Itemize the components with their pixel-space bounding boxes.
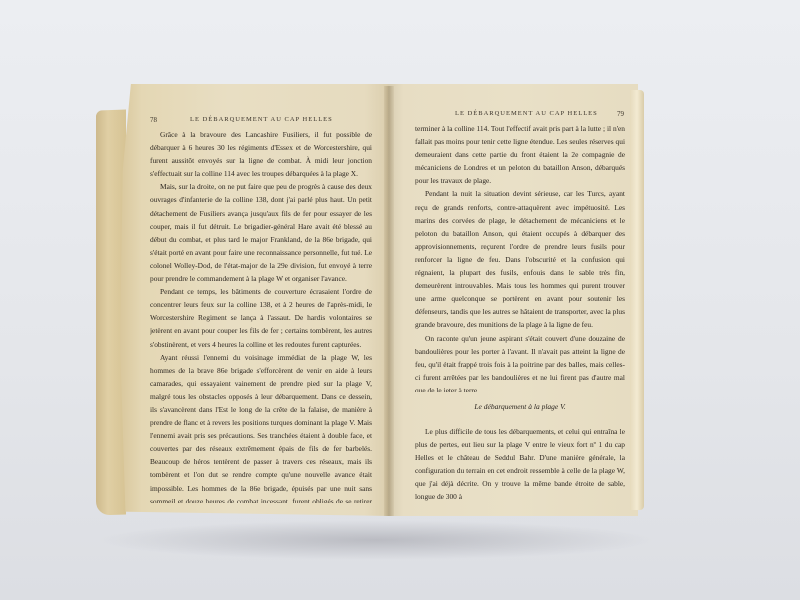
left-page-text: Grâce à la bravoure des Lancashire Fusil… [150, 128, 372, 503]
left-running-head: LE DÉBARQUEMENT AU CAP HELLES [190, 116, 333, 123]
right-page-number: 79 [617, 110, 624, 118]
left-paragraph: Mais, sur la droite, on ne put faire que… [150, 180, 372, 285]
right-page-text: terminer à la colline 114. Tout l'effect… [415, 122, 625, 392]
right-page-block-edge [630, 90, 644, 510]
right-paragraph: On raconte qu'un jeune aspirant s'était … [415, 332, 625, 393]
right-paragraph: terminer à la colline 114. Tout l'effect… [415, 122, 625, 187]
right-running-head: LE DÉBARQUEMENT AU CAP HELLES [455, 110, 598, 117]
left-page-number: 78 [150, 116, 157, 124]
right-paragraph: Pendant la nuit la situation devint séri… [415, 187, 625, 331]
left-paragraph: Pendant ce temps, les bâtiments de couve… [150, 285, 372, 350]
book-gutter [384, 86, 394, 516]
left-paragraph: Ayant réussi l'ennemi du voisinage imméd… [150, 351, 372, 503]
left-paragraph: Grâce à la bravoure des Lancashire Fusil… [150, 128, 372, 180]
right-paragraph: Le plus difficile de tous les débarqueme… [415, 425, 625, 504]
section-heading: Le débarquement à la plage V. [415, 402, 625, 411]
right-page-text-after-heading: Le plus difficile de tous les débarqueme… [415, 425, 625, 504]
open-book: 78 LE DÉBARQUEMENT AU CAP HELLES Grâce à… [0, 0, 800, 600]
